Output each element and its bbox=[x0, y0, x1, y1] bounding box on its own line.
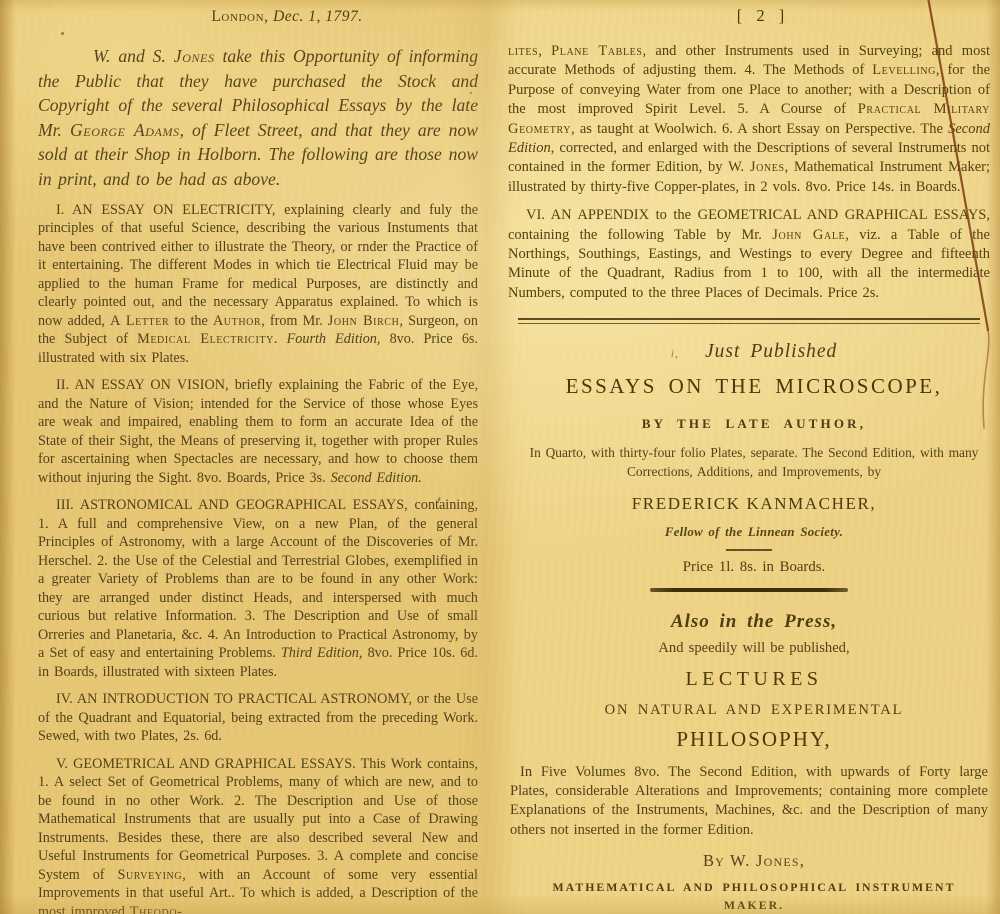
right-column: [ 2 ] lites, Plane Tables, and other Ins… bbox=[508, 0, 990, 913]
frederick-kanmacher-name: FREDERICK KANMACHER, bbox=[508, 494, 990, 514]
publisher-notice-paragraph: W. and S. Jones take this Opportunity of… bbox=[38, 44, 478, 192]
just-published-heading: i,Just Published bbox=[508, 341, 990, 363]
item-vi-appendix: VI. AN APPENDIX to the GEOMETRICAL AND G… bbox=[508, 206, 990, 303]
price-in-boards-line: Price 1l. 8s. in Boards. bbox=[508, 559, 990, 576]
by-w-jones-line: By W. Jones, bbox=[508, 851, 990, 871]
essays-on-the-microscope-title: ESSAYS ON THE MICROSCOPE, bbox=[508, 374, 990, 399]
just-published-text: Just Published bbox=[705, 341, 837, 362]
short-rule-divider bbox=[726, 549, 772, 551]
instrument-maker-line-1: MATHEMATICAL AND PHILOSOPHICAL INSTRUMEN… bbox=[508, 880, 990, 895]
double-rule-divider bbox=[518, 318, 981, 324]
stray-print-mark: i, bbox=[671, 346, 679, 360]
by-the-late-author-line: BY THE LATE AUTHOR, bbox=[508, 416, 990, 432]
also-in-the-press-heading: Also in the Press, bbox=[508, 611, 990, 633]
item-iii-astronomical-geographical-essays: III. ASTRONOMICAL AND GEOGRAPHICAL ESSAY… bbox=[38, 496, 478, 681]
thick-rule-divider bbox=[650, 588, 848, 592]
scanned-book-page: London, Dec. 1, 1797. W. and S. Jones ta… bbox=[0, 0, 1000, 914]
paper-speck bbox=[61, 32, 64, 35]
linnean-society-line: Fellow of the Linnean Society. bbox=[508, 525, 990, 540]
dateline: London, Dec. 1, 1797. bbox=[38, 8, 478, 26]
page-number: [ 2 ] bbox=[508, 6, 990, 26]
item-v-geometrical-graphical-essays: V. GEOMETRICAL AND GRAPHICAL ESSAYS. Thi… bbox=[38, 755, 478, 914]
paper-speck bbox=[470, 92, 472, 94]
item-ii-essay-on-vision: II. AN ESSAY ON VISION, briefly explaini… bbox=[38, 376, 478, 487]
left-column: London, Dec. 1, 1797. W. and S. Jones ta… bbox=[38, 0, 478, 914]
philosophy-title: PHILOSOPHY, bbox=[508, 727, 990, 752]
five-volumes-details: In Five Volumes 8vo. The Second Edition,… bbox=[508, 763, 990, 840]
lectures-title: LECTURES bbox=[508, 668, 990, 691]
speedily-published-line: And speedily will be published, bbox=[508, 640, 990, 657]
natural-experimental-line: ON NATURAL AND EXPERIMENTAL bbox=[508, 702, 990, 719]
instrument-maker-line-2: MAKER. bbox=[508, 898, 990, 913]
item-i-essay-on-electricity: I. AN ESSAY ON ELECTRICITY, explaining c… bbox=[38, 201, 478, 368]
quarto-edition-details: In Quarto, with thirty-four folio Plates… bbox=[508, 444, 990, 481]
item-iv-practical-astronomy: IV. AN INTRODUCTION TO PRACTICAL ASTRONO… bbox=[38, 690, 478, 746]
item-v-continuation-paragraph: lites, Plane Tables, and other Instrumen… bbox=[508, 42, 990, 197]
